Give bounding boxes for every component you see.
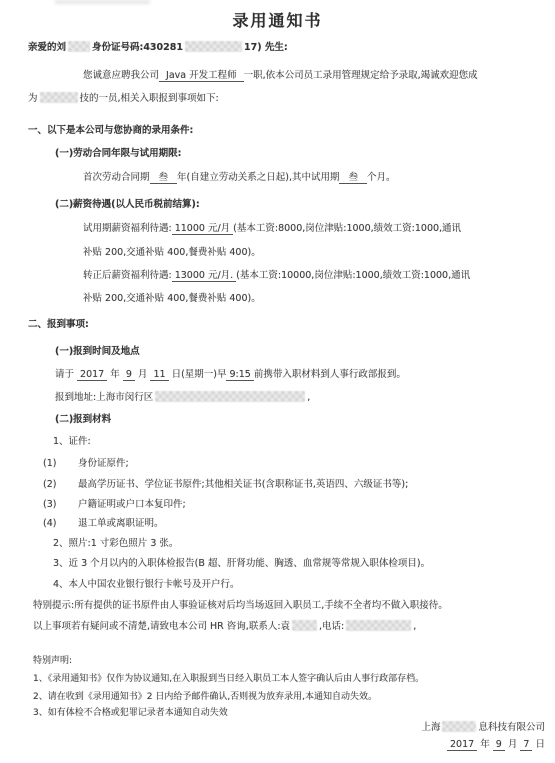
probation-salary-detail: (基本工资:8000,岗位津贴:1000,绩效工资:1000,通讯: [233, 223, 461, 234]
material-item-bank-account: 4、本人中国农业银行银行卡帐号及开户行。: [53, 578, 240, 591]
company-signature-line: 上海息科技有限公司: [421, 721, 545, 734]
regular-salary-label: 转正后薪资福利待遇:: [83, 270, 172, 281]
report-clock-value: 9:15: [226, 369, 253, 381]
report-address-pre: 报到地址:上海市闵行区: [55, 392, 153, 403]
cert-item-num: (4): [43, 517, 78, 530]
issue-day-label: 日: [535, 739, 545, 750]
section2-sub1-heading: (一)报到时间及地点: [55, 345, 140, 358]
regular-salary-amount: 13000 元/月.: [172, 270, 236, 282]
cert-item-text: 退工单或离职证明。: [78, 518, 164, 529]
contract-mid: 年(自建立劳动关系之日起),其中试用期: [177, 172, 339, 183]
scan-edge-artifact: [55, 0, 150, 4]
report-day-label: 日(星期一)早: [172, 369, 227, 380]
declaration-item: 3、如有体检不合格或犯罪记录者本通知自动失效: [33, 707, 228, 720]
contact-pre: 以上事项若有疑问或不清楚,请致电本公司 HR 咨询,联系人:袁: [33, 621, 290, 632]
contract-pre: 首次劳动合同期: [83, 172, 150, 183]
special-note-line: 特别提示:所有提供的证书原件由人事验证核对后均当场返回入职员工,手续不全者均不做…: [33, 599, 448, 612]
contact-mid: ,电话:: [319, 621, 344, 632]
intro-line-1: 您诚意应聘我公司Java 开发工程师一职,依本公司员工录用管理规定给予录取,竭诚…: [83, 69, 478, 82]
cert-item: (4)退工单或离职证明。: [43, 517, 164, 530]
greeting-prefix: 亲爱的刘: [28, 42, 66, 53]
contract-years-value: 叁: [150, 172, 178, 184]
intro-line2-pre: 为: [28, 93, 38, 104]
issue-date-line: 2017 年 9 月 7 日: [447, 738, 545, 751]
cert-item-num: (1): [43, 457, 78, 470]
redaction-name: [68, 41, 90, 52]
section1-sub2-heading: (二)薪资待遇(以人民币税前结算):: [55, 198, 200, 211]
intro-line-2: 为技的一员,相关入职报到事项如下:: [28, 92, 219, 105]
cert-item: (3)户籍证明或户口本复印件;: [43, 498, 186, 511]
offer-letter-document: 录用通知书 亲爱的刘身份证号码:43028117) 先生: 您诚意应聘我公司Ja…: [0, 0, 555, 763]
regular-salary-line-1: 转正后薪资福利待遇:13000 元/月.(基本工资:10000,岗位津贴:100…: [83, 269, 470, 282]
declaration-item: 1、《录用通知书》仅作为协议通知,在入职报到当日经入职员工本人签字确认后由人事行…: [33, 673, 424, 686]
contract-post: 个月。: [367, 172, 396, 183]
cert-item-text: 身份证原件;: [78, 458, 129, 469]
report-address-line: 报到地址:上海市闵行区,: [55, 391, 310, 404]
report-time-seg: 请于: [55, 369, 74, 380]
cert-item-num: (2): [43, 478, 78, 491]
contact-post: ,: [413, 621, 416, 632]
doc-title: 录用通知书: [0, 8, 555, 31]
report-year-label: 年: [110, 369, 120, 380]
redaction-phone-number: [346, 620, 411, 631]
cert-item-text: 最高学历证书、学位证书原件;其他相关证书(含职称证书,英语四、六级证书等);: [78, 479, 408, 490]
declaration-heading: 特别声明:: [33, 655, 72, 668]
probation-salary-amount: 11000 元/月: [172, 223, 233, 235]
greeting-suffix: 17) 先生:: [244, 42, 288, 53]
report-address-post: ,: [307, 392, 310, 403]
company-name-post: 息科技有限公司: [478, 722, 545, 733]
redaction-company-seal: [442, 721, 476, 732]
certs-heading: 1、证件:: [53, 435, 91, 448]
section2-heading: 二、报到事项:: [28, 318, 89, 331]
company-name-pre: 上海: [421, 722, 440, 733]
redaction-id-number: [185, 41, 242, 52]
redaction-company-name: [40, 92, 78, 103]
position-title: Java 开发工程师: [159, 70, 244, 82]
cert-item-text: 户籍证明或户口本复印件;: [78, 499, 186, 510]
declaration-item: 2、请在收到《录用通知书》2 日内给予邮件确认,否则视为放弃录用,本通知自动失效…: [33, 691, 377, 704]
cert-item: (2)最高学历证书、学位证书原件;其他相关证书(含职称证书,英语四、六级证书等)…: [43, 478, 408, 491]
redaction-contact-name: [292, 620, 317, 631]
section1-heading: 一、以下是本公司与您协商的录用条件:: [28, 124, 193, 137]
report-month-label: 月: [138, 369, 148, 380]
section2-sub2-heading: (二)报到材料: [55, 413, 111, 426]
cert-item: (1)身份证原件;: [43, 457, 129, 470]
contract-term-line: 首次劳动合同期叁年(自建立劳动关系之日起),其中试用期叁个月。: [83, 171, 396, 184]
material-item-photo: 2、照片:1 寸彩色照片 3 张。: [53, 537, 178, 550]
intro-pre: 您诚意应聘我公司: [83, 70, 159, 81]
issue-day-value: 7: [520, 739, 532, 751]
probation-salary-line-1: 试用期薪资福利待遇:11000 元/月(基本工资:8000,岗位津贴:1000,…: [83, 222, 461, 235]
intro-post: 一职,依本公司员工录用管理规定给予录取,竭诚欢迎您成: [244, 70, 478, 81]
probation-salary-label: 试用期薪资福利待遇:: [83, 223, 172, 234]
issue-year-value: 2017: [447, 739, 477, 751]
material-item-health-report: 3、近 3 个月以内的入职体检报告(B 超、肝肾功能、胸透、血常规等常规入职体检…: [53, 557, 430, 570]
section1-sub1-heading: (一)劳动合同年限与试用期限:: [55, 147, 181, 160]
issue-year-label: 年: [480, 739, 490, 750]
report-month-value: 9: [123, 369, 135, 381]
report-time-tail: 前携带入职材料到人事行政部报到。: [254, 369, 406, 380]
greeting-id-label: 身份证号码:430281: [92, 42, 183, 53]
cert-item-num: (3): [43, 498, 78, 511]
report-day-value: 11: [150, 369, 168, 381]
probation-months-value: 叁: [339, 172, 367, 184]
redaction-address: [155, 391, 305, 402]
greeting-line: 亲爱的刘身份证号码:43028117) 先生:: [28, 41, 288, 54]
contact-line: 以上事项若有疑问或不清楚,请致电本公司 HR 咨询,联系人:袁,电话:,: [33, 620, 416, 633]
report-year-value: 2017: [77, 369, 107, 381]
probation-salary-line-2: 补贴 200,交通补贴 400,餐费补贴 400)。: [83, 246, 261, 259]
report-time-line: 请于 2017 年 9 月 11 日(星期一)早9:15前携带入职材料到人事行政…: [55, 368, 406, 381]
issue-month-label: 月: [508, 739, 518, 750]
issue-month-value: 9: [493, 739, 505, 751]
regular-salary-detail: (基本工资:10000,岗位津贴:1000,绩效工资:1000,通讯: [236, 270, 470, 281]
intro-line2-post: 技的一员,相关入职报到事项如下:: [80, 93, 219, 104]
regular-salary-line-2: 补贴 200,交通补贴 400,餐费补贴 400)。: [83, 292, 261, 305]
